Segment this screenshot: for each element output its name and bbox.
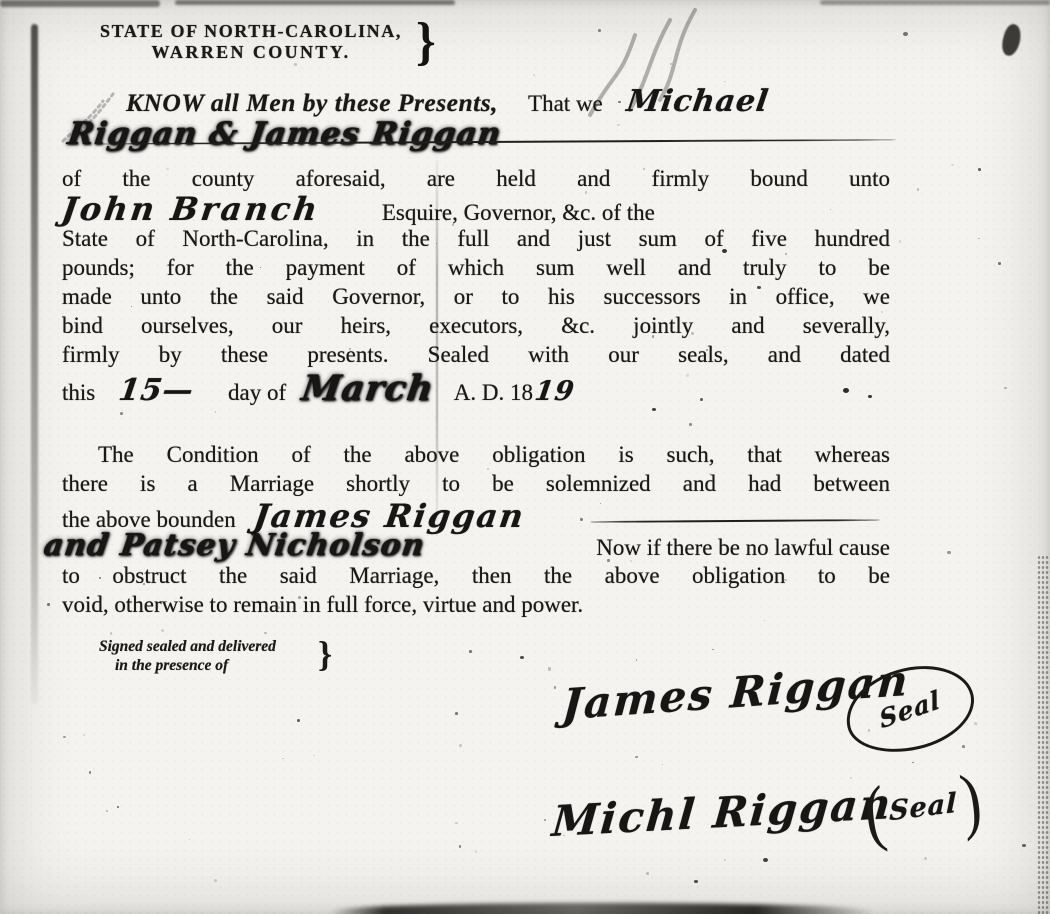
- ink-speck: [110, 632, 113, 635]
- ink-speck: [455, 822, 458, 825]
- seal-paren-close: ): [957, 765, 985, 837]
- ink-speck: [190, 571, 191, 572]
- bond-line-5: made unto the said Governor, or to his s…: [62, 282, 890, 311]
- ink-speck: [47, 603, 50, 606]
- ink-speck: [214, 879, 217, 882]
- witness-attestation: Signed sealed and delivered in the prese…: [99, 637, 276, 675]
- condition-line-4-printed: Now if there be no lawful cause: [596, 535, 890, 561]
- seal-mark: ( Seal ): [858, 765, 987, 849]
- document-scan: STATE OF NORTH-CAROLINA, WARREN COUNTY. …: [0, 0, 1050, 914]
- ink-speck: [951, 164, 954, 167]
- ink-speck: [646, 872, 649, 875]
- ink-speck: [564, 269, 566, 271]
- ink-speck: [830, 209, 831, 210]
- ink-speck: [215, 411, 216, 412]
- ink-speck: [724, 859, 726, 861]
- ink-speck: [712, 649, 714, 651]
- ink-speck: [998, 262, 1001, 265]
- ink-speck: [459, 744, 462, 747]
- witness-brace: }: [318, 633, 332, 675]
- bond-line-3: State of North-Carolina, in the full and…: [62, 224, 890, 253]
- ink-speck: [635, 756, 637, 758]
- bond-line-6: bind ourselves, our heirs, executors, &c…: [62, 311, 890, 340]
- opening-line: KNOW all Men by these Presents, That we …: [62, 84, 768, 119]
- ink-speck: [554, 686, 556, 688]
- ink-speck: [859, 672, 860, 673]
- ink-speck: [297, 719, 300, 722]
- ink-speck: [585, 191, 587, 193]
- condition-line-4: and Patsey Nicholson Now if there be no …: [44, 528, 890, 563]
- ink-speck: [520, 656, 524, 659]
- handwritten-bondsman-first-name: Michael: [624, 84, 771, 119]
- ink-speck: [106, 810, 108, 812]
- handwritten-day-value: 15—: [117, 373, 197, 408]
- ink-speck: [978, 168, 981, 171]
- header-brace: }: [416, 11, 436, 72]
- ink-speck: [89, 771, 92, 774]
- ink-speck: [459, 845, 461, 847]
- ink-speck: [686, 374, 689, 377]
- ink-speck: [544, 819, 546, 821]
- ink-speck: [868, 395, 872, 398]
- ink-speck: [912, 762, 913, 763]
- ink-speck: [475, 850, 477, 852]
- top-edge-shadow: [0, 0, 160, 7]
- seal-label: Seal: [889, 787, 957, 827]
- ink-speck: [455, 712, 458, 715]
- ink-speck: [607, 559, 609, 561]
- ink-speck: [850, 777, 853, 780]
- signature-bondsman: Michl Riggan: [551, 779, 894, 846]
- ink-speck: [899, 240, 901, 242]
- this-label: this: [62, 380, 95, 405]
- ink-speck: [260, 267, 261, 268]
- seal-label: Seal: [877, 684, 943, 733]
- ink-speck: [428, 46, 430, 48]
- anno-domini-label: A. D. 18: [454, 380, 533, 405]
- ink-speck: [689, 423, 692, 426]
- day-of-label: day of: [228, 380, 286, 405]
- bond-line-7: firmly by these presents. Sealed with ou…: [62, 340, 890, 369]
- document-header: STATE OF NORTH-CAROLINA, WARREN COUNTY.: [92, 21, 410, 63]
- condition-line-2: there is a Marriage shortly to be solemn…: [62, 469, 890, 498]
- ink-speck: [424, 235, 427, 238]
- ink-speck: [962, 745, 965, 748]
- ink-speck: [700, 398, 703, 401]
- ink-speck: [974, 722, 977, 725]
- ink-speck: [724, 81, 725, 82]
- seal-paren-open: (: [861, 777, 889, 849]
- condition-line-6: void, otherwise to remain in full force,…: [62, 590, 890, 619]
- ink-speck: [421, 62, 424, 65]
- ink-blob: [999, 22, 1023, 57]
- ink-speck: [294, 63, 297, 66]
- ink-speck: [1004, 387, 1006, 389]
- ink-speck: [763, 858, 768, 862]
- ink-speck: [903, 32, 908, 36]
- ink-speck: [924, 857, 927, 860]
- handwritten-bride-name: and Patsey Nicholson: [42, 528, 428, 563]
- bond-line-2-printed: Esquire, Governor, &c. of the: [382, 200, 655, 225]
- left-fold-crease: [31, 24, 38, 704]
- ink-speck: [282, 758, 283, 759]
- ink-speck: [533, 74, 535, 76]
- ink-speck: [1022, 844, 1026, 847]
- top-edge-shadow: [820, 0, 1050, 5]
- handwritten-month-value: March: [299, 368, 436, 409]
- header-state-line: STATE OF NORTH-CAROLINA,: [92, 21, 410, 42]
- ink-speck: [651, 380, 653, 382]
- witness-line-2: in the presence of: [99, 656, 276, 675]
- bond-line-4: pounds; for the payment of which sum wel…: [62, 253, 890, 282]
- ink-speck: [117, 806, 118, 807]
- ink-speck: [691, 332, 694, 335]
- ink-speck: [694, 880, 698, 883]
- ink-speck: [120, 412, 123, 415]
- ink-speck: [843, 388, 849, 393]
- ink-speck: [161, 629, 164, 632]
- ink-speck: [670, 63, 672, 65]
- ink-speck: [166, 168, 168, 170]
- ink-speck: [680, 360, 683, 363]
- ink-speck: [652, 335, 655, 338]
- handwritten-year-suffix: 19: [533, 376, 577, 407]
- bond-line-2: John Branch Esquire, Governor, &c. of th…: [62, 190, 655, 228]
- witness-line-1: Signed sealed and delivered: [99, 637, 276, 656]
- right-edge-noise: [1037, 555, 1050, 914]
- ink-speck: [643, 168, 644, 169]
- bond-line-1: of the county aforesaid, are held and fi…: [62, 164, 890, 193]
- ink-speck: [784, 579, 786, 581]
- ink-speck: [764, 620, 765, 621]
- ink-speck: [978, 238, 979, 239]
- handwritten-names-line: Riggan & James Riggan: [62, 116, 501, 152]
- ink-speck: [469, 650, 472, 653]
- ink-speck: [652, 408, 656, 411]
- condition-line-1: The Condition of the above obligation is…: [62, 440, 890, 469]
- that-we-label: That we: [528, 91, 603, 116]
- signature-name: Michl Riggan: [550, 779, 894, 846]
- dated-line: this 15— day of March A. D. 1819: [62, 368, 575, 409]
- ink-speck: [313, 755, 315, 757]
- bottom-edge-smudge: [330, 903, 875, 914]
- groom-line-flourish: [590, 519, 880, 523]
- ink-speck: [189, 839, 190, 840]
- ink-speck: [598, 29, 601, 32]
- handwritten-principal-names: Riggan & James Riggan: [65, 116, 503, 152]
- ink-speck: [63, 736, 65, 738]
- ink-speck: [810, 300, 813, 303]
- know-all-men-phrase: KNOW all Men by these Presents,: [126, 88, 498, 117]
- ink-speck: [617, 124, 619, 126]
- ink-speck: [917, 188, 920, 191]
- ink-speck: [600, 503, 601, 504]
- ink-speck: [264, 632, 266, 634]
- ink-speck: [548, 667, 551, 670]
- ink-speck: [947, 551, 950, 554]
- ink-speck: [636, 659, 638, 661]
- header-county-line: WARREN COUNTY.: [92, 42, 410, 63]
- ink-speck: [343, 546, 345, 548]
- handwritten-obligee-name: John Branch: [59, 190, 322, 228]
- ink-speck: [83, 734, 85, 736]
- condition-line-5: to obstruct the said Marriage, then the …: [62, 561, 890, 590]
- ink-speck: [662, 764, 663, 765]
- top-edge-shadow: [175, 0, 455, 5]
- ink-speck: [580, 518, 583, 521]
